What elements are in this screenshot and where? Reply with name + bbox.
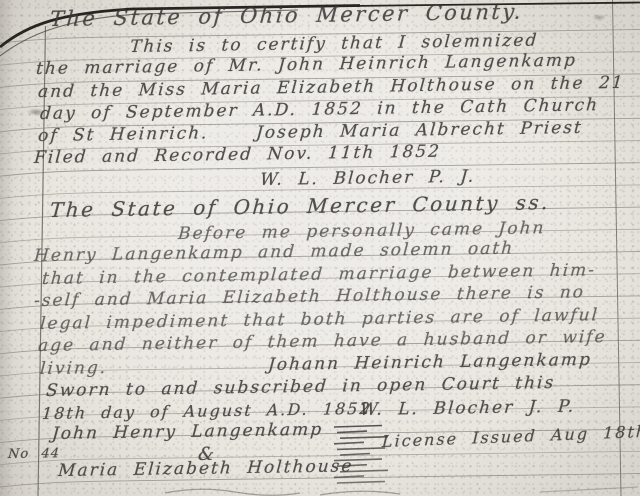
record-number: No 44 <box>8 447 61 461</box>
official-signature: W. L. Blocher P. J. <box>259 169 476 190</box>
ledger-page: The State of Ohio Mercer County. This is… <box>0 0 640 496</box>
affidavit-line: living. <box>39 360 107 379</box>
justice-signature: W. L. Blocher J. P. <box>359 399 576 420</box>
next-entry-fragment-strokes <box>165 487 638 495</box>
certify-line: of St Heinrich. <box>37 125 209 146</box>
